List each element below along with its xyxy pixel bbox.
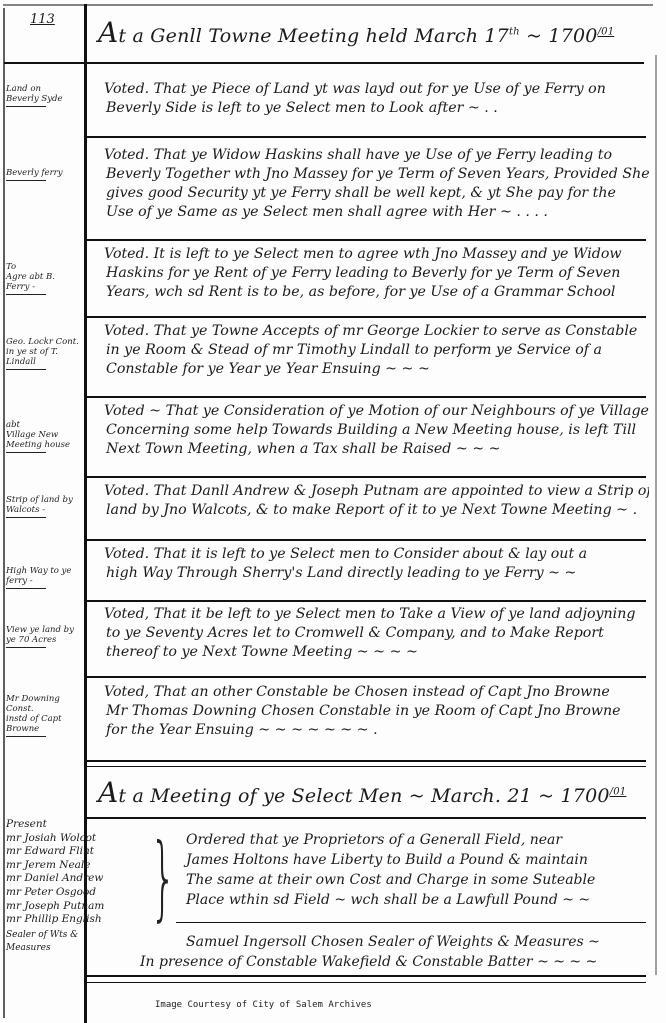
manuscript-page: 113 At a Genll Towne Meeting held March … (0, 0, 666, 1023)
margin-note: abtVillage NewMeeting house (6, 420, 82, 453)
margin-note: High Way to yeferry - (6, 566, 82, 589)
present-member: mr Josiah Wolcot (6, 832, 126, 846)
meeting-heading-select-men: At a Meeting of ye Select Men ~ March. 2… (98, 776, 626, 809)
footer-credit: Image Courtesy of City of Salem Archives (155, 1000, 372, 1010)
margin-note: Land onBeverly Syde (6, 84, 82, 107)
meeting-heading-town: At a Genll Towne Meeting held March 17th… (98, 16, 614, 49)
present-member: mr Jerem Neale (6, 859, 126, 873)
margin-underline (6, 369, 46, 370)
margin-underline (6, 294, 46, 295)
present-member: mr Daniel Andrew (6, 872, 126, 886)
page-top-border (3, 4, 653, 6)
minute-entry: Voted. That ye Towne Accepts of mr Georg… (104, 322, 649, 379)
minute-entry: Voted ~ That ye Consideration of ye Moti… (104, 402, 649, 459)
minute-entry: Voted, That an other Constable be Chosen… (104, 683, 649, 740)
margin-note: ToAgre abt B.Ferry - (6, 262, 82, 295)
margin-underline (6, 517, 46, 518)
margin-note: Geo. Lockr Cont.in ye st of T. Lindall (6, 337, 82, 370)
brace: } (150, 832, 176, 924)
margin-underline (6, 180, 46, 181)
margin-underline (6, 452, 46, 453)
order-pound: Ordered that ye Proprietors of a General… (186, 830, 646, 910)
margin-note: View ye land byye 70 Acres (6, 625, 82, 648)
page-right-border (655, 55, 657, 975)
margin-note: Mr Downing Const.instd of Capt Browne (6, 694, 82, 737)
present-member: mr Joseph Putnam (6, 900, 126, 914)
present-member: mr Peter Osgood (6, 886, 126, 900)
minute-entry: Voted. That ye Piece of Land yt was layd… (104, 80, 649, 118)
minute-entry: Voted. That Danll Andrew & Joseph Putnam… (104, 482, 649, 520)
margin-note: Beverly ferry (6, 168, 82, 181)
order-sealer: Samuel Ingersoll Chosen Sealer of Weight… (140, 932, 650, 972)
margin-underline (6, 106, 46, 107)
present-member: mr Edward Flint (6, 845, 126, 859)
margin-underline (6, 647, 46, 648)
margin-note: Strip of land byWalcots - (6, 495, 82, 518)
minute-entry: Voted. It is left to ye Select men to ag… (104, 245, 649, 302)
heading-text: t a Genll Towne Meeting held March 17 (118, 25, 509, 47)
present-list: Present mr Josiah Wolcotmr Edward Flintm… (6, 818, 126, 956)
margin-underline (6, 736, 46, 737)
margin-note-sealer: Sealer of Wts & Measures (6, 929, 126, 956)
minute-entry: Voted, That it be left to ye Select men … (104, 605, 649, 662)
folio-number: 113 (30, 12, 55, 27)
minute-entry: Voted. That ye Widow Haskins shall have … (104, 146, 649, 222)
page-left-border (3, 8, 5, 1018)
margin-underline (6, 588, 46, 589)
heading-initial: A (98, 16, 118, 49)
present-label: Present (6, 818, 126, 832)
minute-entry: Voted. That it is left to ye Select men … (104, 545, 649, 583)
present-member: mr Phillip English (6, 913, 126, 927)
